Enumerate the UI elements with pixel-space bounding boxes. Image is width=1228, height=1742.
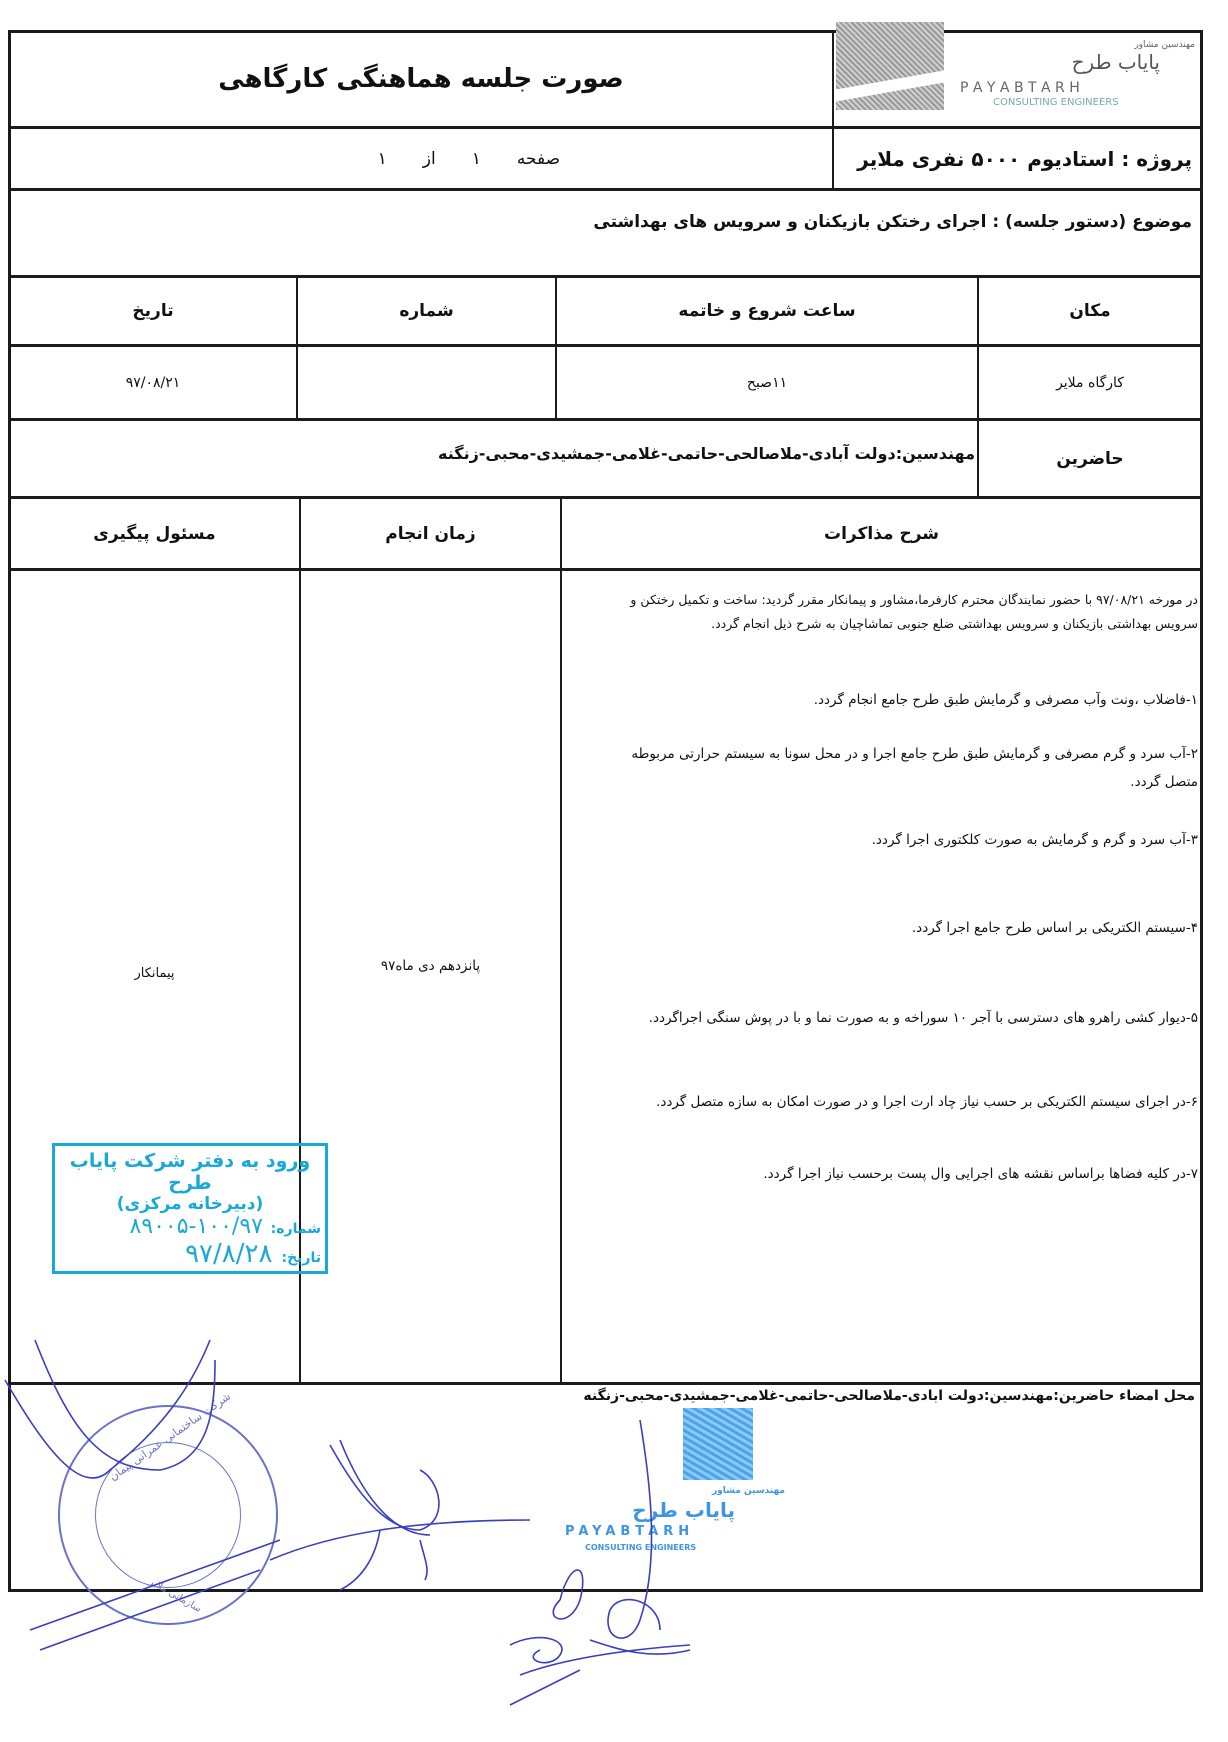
stamp-date: تاریخ: ۹۷/۸/۲۸	[55, 1239, 325, 1269]
date-value: ۹۷/۰۸/۲۱	[10, 347, 296, 418]
stamp-date-value: ۹۷/۸/۲۸	[185, 1239, 272, 1269]
deadline-header: زمان انجام	[301, 499, 560, 568]
responsible-value: پیمانکار	[10, 966, 299, 981]
divider	[8, 1382, 1203, 1385]
logo-company-en: P A Y A B T A R H	[960, 80, 1160, 96]
location-header: مکان	[979, 278, 1201, 344]
responsible-header: مسئول پیگیری	[10, 499, 299, 568]
meeting-minutes-page: صورت جلسه هماهنگی کارگاهی مهندسین مشاور …	[0, 0, 1228, 1742]
page-of-label: از	[423, 149, 436, 169]
page-indicator: صفحه ۱ از ۱	[300, 144, 560, 174]
location-value: کارگاه ملایر	[979, 347, 1201, 418]
minutes-intro-line: سرویس بهداشتی بازیکنان و سرویس بهداشتی ض…	[566, 612, 1198, 636]
date-header: تاریخ	[10, 278, 296, 344]
time-header: ساعت شروع و خاتمه	[557, 278, 977, 344]
minutes-item-1: ۱-فاضلاب ،ونت وآب مصرفی و گرمایش طبق طرح…	[566, 688, 1198, 712]
page-total: ۱	[378, 149, 387, 169]
logo-tagline-en: CONSULTING ENGINEERS	[993, 97, 1198, 108]
divider	[8, 188, 1203, 191]
number-value	[298, 347, 555, 418]
stamp-number-value: ۱۰۰/۹۷-۸۹۰۰۵	[129, 1214, 263, 1239]
logo-company-fa: پایاب طرح	[1010, 50, 1160, 74]
consultant-stamp-en-tag: CONSULTING ENGINEERS	[585, 1543, 785, 1552]
logo-company-small: مهندسین مشاور	[1090, 40, 1195, 50]
consultant-stamp-logo-icon	[683, 1408, 753, 1480]
project-label: پروژه : استادیوم ۵۰۰۰ نفری ملایر	[836, 129, 1198, 188]
minutes-item-7: ۷-در کلیه فضاها براساس نقشه های اجرایی و…	[566, 1162, 1198, 1186]
receipt-stamp: ورود به دفتر شرکت پایاب طرح (دبیرخانه مر…	[52, 1143, 328, 1274]
divider	[832, 30, 834, 188]
minutes-item-3: ۳-آب سرد و گرم و گرمایش به صورت کلکتوری …	[566, 828, 1198, 852]
minutes-intro: در مورخه ۹۷/۰۸/۲۱ با حضور نمایندگان محتر…	[566, 588, 1198, 636]
stamp-line-1: ورود به دفتر شرکت پایاب طرح	[55, 1150, 325, 1194]
minutes-item-line: ۲-آب سرد و گرم مصرفی و گرمایش طبق طرح جا…	[566, 740, 1198, 768]
divider	[8, 568, 1203, 571]
minutes-item-4: ۴-سیستم الکتریکی بر اساس طرح جامع اجرا گ…	[566, 916, 1198, 940]
minutes-item-5: ۵-دیوار کشی راهرو های دسترسی با آجر ۱۰ س…	[566, 1006, 1198, 1030]
minutes-item-2: ۲-آب سرد و گرم مصرفی و گرمایش طبق طرح جا…	[566, 740, 1198, 796]
minutes-item-6: ۶-در اجرای سیستم الکتریکی بر حسب نیاز چا…	[566, 1090, 1198, 1114]
minutes-item-line: ۶-در اجرای سیستم الکتریکی بر حسب نیاز چا…	[566, 1090, 1198, 1114]
page-current: ۱	[472, 149, 481, 169]
consultant-stamp-fa-small: مهندسین مشاور	[660, 1486, 785, 1496]
attendees-value: مهندسین:دولت آبادی-ملاصالحی-حاتمی-غلامی-…	[20, 444, 975, 463]
divider	[560, 496, 562, 1382]
stamp-line-2: (دبیرخانه مرکزی)	[55, 1194, 325, 1214]
consultant-stamp-fa: پایاب طرح	[585, 1498, 735, 1522]
minutes-item-line: متصل گردد.	[566, 768, 1198, 796]
deadline-value: پانزدهم دی ماه۹۷	[301, 958, 560, 974]
consultant-stamp-en: PAYABTARH	[565, 1524, 745, 1539]
minutes-item-line: ۴-سیستم الکتریکی بر اساس طرح جامع اجرا گ…	[566, 916, 1198, 940]
document-frame	[8, 30, 1203, 1592]
page-label: صفحه	[517, 149, 560, 169]
description-header: شرح مذاکرات	[562, 499, 1201, 568]
stamp-number: شماره: ۱۰۰/۹۷-۸۹۰۰۵	[55, 1214, 325, 1239]
minutes-item-line: ۷-در کلیه فضاها براساس نقشه های اجرایی و…	[566, 1162, 1198, 1186]
number-header: شماره	[298, 278, 555, 344]
attendees-label: حاضرین	[979, 421, 1201, 496]
minutes-item-line: ۱-فاضلاب ،ونت وآب مصرفی و گرمایش طبق طرح…	[566, 688, 1198, 712]
stamp-number-label: شماره:	[271, 1221, 321, 1237]
minutes-intro-line: در مورخه ۹۷/۰۸/۲۱ با حضور نمایندگان محتر…	[566, 588, 1198, 612]
stamp-date-label: تاریخ:	[281, 1250, 321, 1266]
meeting-subject: موضوع (دستور جلسه) : اجرای رختکن بازیکنا…	[20, 212, 1192, 232]
document-title: صورت جلسه هماهنگی کارگاهی	[10, 32, 832, 126]
time-value: ۱۱صبح	[557, 347, 977, 418]
minutes-item-line: ۳-آب سرد و گرم و گرمایش به صورت کلکتوری …	[566, 828, 1198, 852]
signatures-label: محل امضاء حاضرین:مهندسین:دولت ابادی-ملاص…	[400, 1386, 1195, 1406]
minutes-item-line: ۵-دیوار کشی راهرو های دسترسی با آجر ۱۰ س…	[566, 1006, 1198, 1030]
